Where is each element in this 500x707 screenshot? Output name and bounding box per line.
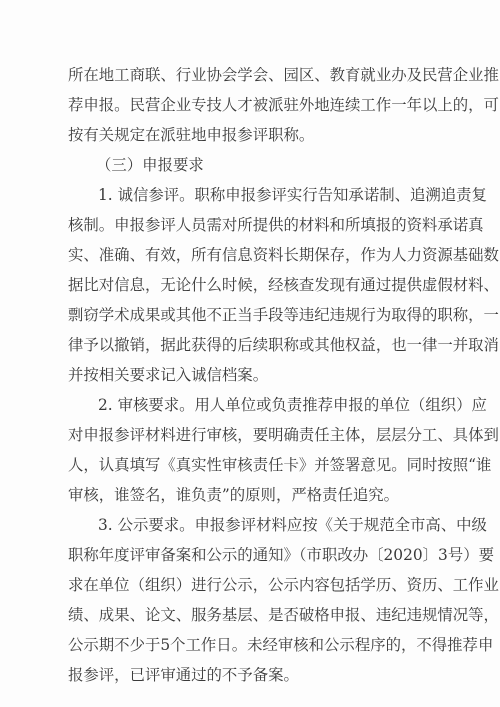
- paragraph-line: 公示期不少于5个工作日。未经审核和公示程序的，不得推荐申: [68, 633, 436, 657]
- paragraph-line: 1. 诚信参评。职称申报参评实行告知承诺制、追溯追责复: [98, 183, 436, 207]
- paragraph-line: 3. 公示要求。申报参评材料应按《关于规范全市高、中级: [98, 513, 436, 537]
- paragraph-line: 核制。申报参评人员需对所提供的材料和所填报的资料承诺真: [68, 213, 436, 237]
- paragraph-line: 职称年度评审备案和公示的通知》（市职改办〔2020〕3号）要: [68, 543, 436, 567]
- paragraph-line: 审核，谁签名，谁负责”的原则，严格责任追究。: [68, 483, 436, 507]
- paragraph-line: 并按相关要求记入诚信档案。: [68, 363, 436, 387]
- document-page: 所在地工商联、行业协会学会、园区、教育就业办及民营企业推 荐申报。民营企业专技人…: [0, 0, 500, 707]
- paragraph-line: 求在单位（组织）进行公示，公示内容包括学历、资历、工作业: [68, 573, 436, 597]
- paragraph-line: 对申报参评材料进行审核，要明确责任主体，层层分工、具体到: [68, 423, 436, 447]
- paragraph-line: 实、准确、有效，所有信息资料长期保存，作为人力资源基础数: [68, 243, 436, 267]
- paragraph-line: 报参评，已评审通过的不予备案。: [68, 663, 436, 687]
- paragraph-line: 荐申报。民营企业专技人才被派驻外地连续工作一年以上的，可: [68, 93, 436, 117]
- paragraph-line: 所在地工商联、行业协会学会、园区、教育就业办及民营企业推: [68, 63, 436, 87]
- paragraph-line: 律予以撤销，据此获得的后续职称或其他权益，也一律一并取消，: [68, 333, 436, 357]
- paragraph-line: 据比对信息，无论什么时候，经核查发现有通过提供虚假材料、: [68, 273, 436, 297]
- paragraph-line: 绩、成果、论文、服务基层、是否破格申报、违纪违规情况等，: [68, 603, 436, 627]
- section-heading-application-requirements: （三）申报要求: [96, 153, 204, 177]
- paragraph-line: 人，认真填写《真实性审核责任卡》并签署意见。同时按照“谁: [68, 453, 436, 477]
- paragraph-line: 剽窃学术成果或其他不正当手段等违纪违规行为取得的职称，一: [68, 303, 436, 327]
- paragraph-line: 按有关规定在派驻地申报参评职称。: [68, 123, 436, 147]
- paragraph-line: 2. 审核要求。用人单位或负责推荐申报的单位（组织）应: [98, 393, 436, 417]
